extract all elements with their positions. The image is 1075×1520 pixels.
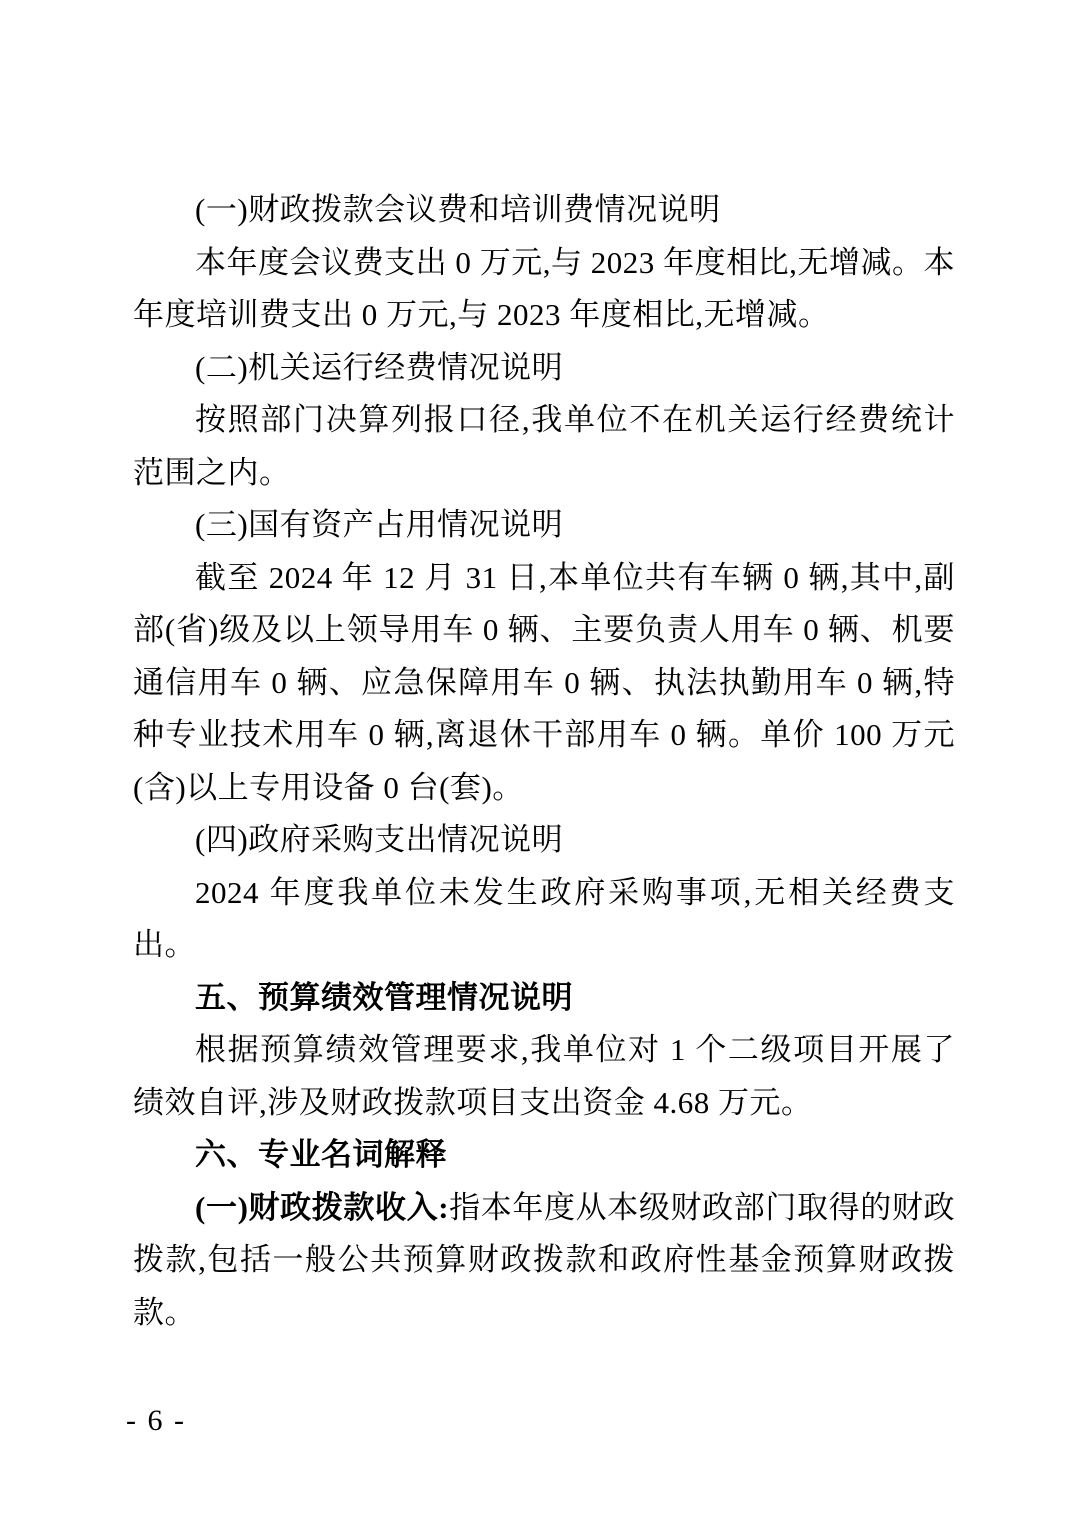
document-content: (一)财政拨款会议费和培训费情况说明 本年度会议费支出 0 万元,与 2023 …: [133, 184, 955, 1339]
subheading-agency-operating-expenses: (二)机关运行经费情况说明: [133, 342, 955, 395]
subheading-government-procurement: (四)政府采购支出情况说明: [133, 814, 955, 867]
paragraph-state-owned-assets: 截至 2024 年 12 月 31 日,本单位共有车辆 0 辆,其中,副部(省)…: [133, 552, 955, 815]
document-page: (一)财政拨款会议费和培训费情况说明 本年度会议费支出 0 万元,与 2023 …: [0, 0, 1075, 1520]
subheading-state-owned-assets: (三)国有资产占用情况说明: [133, 499, 955, 552]
subheading-fiscal-meeting-training-fees: (一)财政拨款会议费和培训费情况说明: [133, 184, 955, 237]
heading-terminology-explanation: 六、专业名词解释: [133, 1129, 955, 1182]
paragraph-government-procurement: 2024 年度我单位未发生政府采购事项,无相关经费支出。: [133, 867, 955, 972]
term-fiscal-appropriation-income-label: (一)财政拨款收入:: [195, 1190, 449, 1225]
paragraph-budget-performance-management: 根据预算绩效管理要求,我单位对 1 个二级项目开展了绩效自评,涉及财政拨款项目支…: [133, 1024, 955, 1129]
paragraph-term-fiscal-appropriation-income: (一)财政拨款收入:指本年度从本级财政部门取得的财政拨款,包括一般公共预算财政拨…: [133, 1182, 955, 1340]
paragraph-agency-operating-expenses: 按照部门决算列报口径,我单位不在机关运行经费统计范围之内。: [133, 394, 955, 499]
paragraph-meeting-training-fees: 本年度会议费支出 0 万元,与 2023 年度相比,无增减。本年度培训费支出 0…: [133, 237, 955, 342]
heading-budget-performance-management: 五、预算绩效管理情况说明: [133, 972, 955, 1025]
page-number: - 6 -: [126, 1404, 186, 1438]
